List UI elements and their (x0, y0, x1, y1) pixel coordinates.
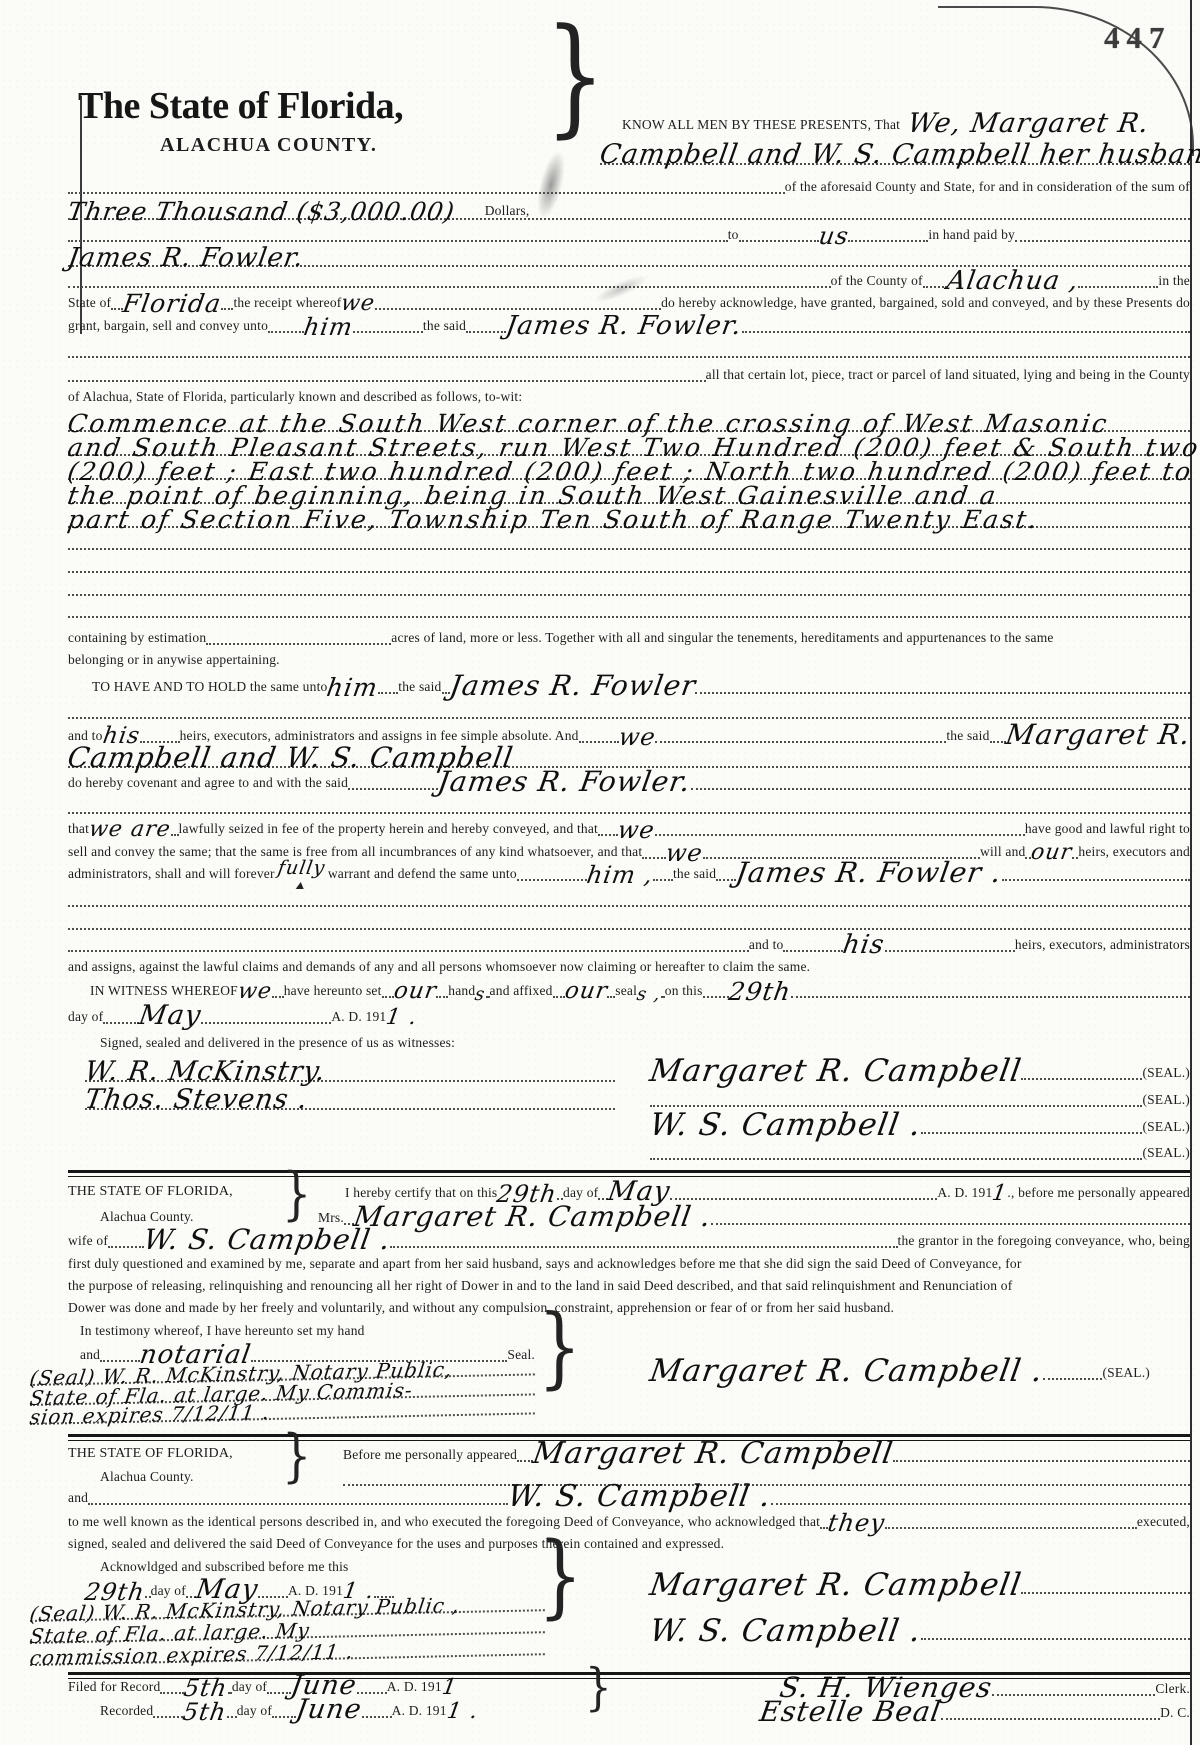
printed-text: Signed, sealed and delivered in the pres… (100, 1036, 455, 1050)
printed-text: A. D. 191 (392, 1704, 447, 1718)
dotted-fill-line (153, 1714, 183, 1718)
blank-rule (68, 790, 1190, 814)
recorded-line: Recorded5thday ofJuneA. D. 1911 . (100, 1694, 560, 1718)
handwritten-text: W. S. Campbell . (648, 1618, 923, 1644)
claims-line: and assigns, against the lawful claims a… (68, 950, 1190, 974)
handwritten-text: June (294, 1699, 363, 1722)
dotted-fill-line (921, 1130, 1142, 1134)
description-line-1: Commence at the South West corner of the… (68, 406, 1190, 432)
amount-line: Three Thousand ($3,000.00)Dollars, (68, 194, 1190, 220)
handwritten-text: May (138, 1005, 204, 1028)
printed-text: Dower was done and made by her freely an… (68, 1301, 894, 1315)
ack1-wife-of-line: wife ofW. S. Campbell .the grantor in th… (68, 1224, 1190, 1248)
printed-text: State of (68, 296, 111, 310)
handwritten-text: Campbell and W. S. Campbell her husband' (598, 144, 1200, 167)
to-wit-line: of Alachua, State of Florida, particular… (68, 380, 1190, 404)
dotted-fill-line (378, 690, 398, 694)
page-edge-line (1190, 0, 1192, 1745)
brace: } (282, 1164, 311, 1222)
habendum-line: TO HAVE AND TO HOLD the same untohimthe … (92, 670, 1190, 694)
dotted-fill-line (362, 1714, 392, 1718)
dotted-fill-line (272, 1714, 296, 1718)
and-to-his-heirs-line: and tohisheirs, executors, administrator… (68, 928, 1190, 952)
ack1-heading-brace: } (282, 1186, 1190, 1210)
dotted-fill-line (201, 1020, 331, 1024)
handwritten-text: our (563, 982, 609, 1002)
printed-text: grant, bargain, sell and convey unto (68, 319, 268, 333)
handwritten-text: Thos. Stevens . (83, 1089, 309, 1112)
blank-rule (68, 695, 1190, 719)
seized-line: thatwe arelawfully seized in fee of the … (68, 812, 1190, 836)
printed-text: and assigns, against the lawful claims a… (68, 960, 810, 974)
dotted-fill-line (742, 329, 1190, 333)
witnesses-caption-line: Signed, sealed and delivered in the pres… (100, 1026, 1190, 1050)
dotted-fill-line (1021, 1076, 1142, 1080)
ack2-body-line-2: signed, sealed and delivered the said De… (68, 1527, 1190, 1551)
grantor-signature-2: W. S. Campbell .(SEAL.) (650, 1110, 1190, 1134)
printed-text: (SEAL.) (1142, 1120, 1190, 1134)
printed-text: lawfully seized in fee of the property h… (179, 822, 598, 836)
dotted-fill-line (227, 1714, 237, 1718)
printed-text: THE STATE OF FLORIDA, (68, 1185, 233, 1200)
printed-text: belonging or in anywise appertaining. (68, 653, 280, 667)
handwritten-text: him , (585, 865, 654, 885)
blank-rule (68, 594, 1190, 618)
dotted-fill-line (695, 690, 1190, 694)
handwritten-text: W. S. Campbell . (648, 1112, 923, 1138)
printed-text: D. C. (1160, 1706, 1190, 1720)
printed-text: wife of (68, 1234, 108, 1248)
handwritten-text: 5th (182, 1702, 229, 1722)
printed-text: A. D. 191 (331, 1010, 386, 1024)
printed-text: the grantor in the foregoing conveyance,… (898, 1234, 1190, 1248)
handwritten-text: W. R. McKinstry. (83, 1061, 327, 1084)
printed-text: the said (946, 729, 989, 743)
dotted-fill-line (268, 329, 304, 333)
printed-text: KNOW ALL MEN BY THESE PRESENTS, That (622, 118, 900, 132)
dotted-fill-line (466, 329, 506, 333)
dotted-fill-line (791, 994, 1191, 998)
header-brace: } (545, 84, 1190, 108)
ack2-heading-brace: } (282, 1448, 1190, 1472)
dotted-fill-line (1002, 877, 1190, 881)
dotted-fill-line (103, 1020, 139, 1024)
belonging-line: belonging or in anywise appertaining. (68, 643, 1190, 667)
ack1-county-heading: Alachua County. (100, 1200, 290, 1224)
dotted-fill-line (553, 994, 565, 998)
witness-signature-2: Thos. Stevens . (85, 1084, 615, 1110)
deed-document-page: 447 The State of Florida, ALACHUA COUNTY… (0, 0, 1200, 1745)
dotted-fill-line (272, 994, 284, 998)
situated-line: all that certain lot, piece, tract or pa… (68, 358, 1190, 382)
printed-text: In testimony whereof, I have hereunto se… (80, 1324, 365, 1338)
spacer (700, 1719, 760, 1720)
covenant-line: do hereby covenant and agree to and with… (68, 766, 1190, 790)
day-of-line: day ofMayA. D. 1911 . (68, 1000, 560, 1024)
brace: } (282, 1426, 311, 1484)
grantor-names-line: Campbell and W. S. Campbell her husband' (600, 139, 1190, 165)
brace: } (538, 1304, 581, 1392)
printed-text: have good and lawful right to (1025, 822, 1190, 836)
witness-signature-1: W. R. McKinstry. (85, 1056, 615, 1082)
containing-line: containing by estimationacres of land, m… (68, 621, 1190, 645)
dotted-fill-line (517, 877, 587, 881)
blank-rule (68, 572, 1190, 596)
printed-text: warrant and defend the same unto (328, 867, 517, 881)
printed-text: of the aforesaid County and State, for a… (785, 180, 1190, 194)
page-number: 447 (1104, 20, 1172, 56)
printed-text: the said (423, 319, 466, 333)
grantor-signature-1: Margaret R. Campbell(SEAL.) (650, 1056, 1190, 1080)
handwritten-text: James R. Fowler . (734, 861, 1003, 885)
ack2-signature-2: W. S. Campbell . (650, 1616, 1190, 1640)
printed-text: hand (448, 984, 475, 998)
printed-text: administrators, shall and will forever (68, 867, 275, 881)
paid-to-line: tousin hand paid by (68, 218, 1190, 242)
state-receipt-line: State ofFloridathe receipt whereofwedo h… (68, 286, 1190, 310)
stamp-handwriting: commission expires 7/12/11 . (29, 1643, 355, 1667)
brace: } (545, 13, 605, 141)
printed-text: that (68, 822, 89, 836)
description-line-2: and South Pleasant Streets, run West Two… (68, 430, 1190, 456)
printed-text: TO HAVE AND TO HOLD the same unto (92, 680, 327, 694)
handwritten-text: s , (636, 987, 662, 1002)
printed-text: signed, sealed and delivered the said De… (68, 1537, 724, 1551)
dotted-fill-line (607, 994, 615, 998)
witness-whereof-line: IN WITNESS WHEREOFwehave hereunto setour… (90, 974, 1190, 998)
dotted-fill-line (703, 994, 729, 998)
printed-text: the receipt whereof (233, 296, 341, 310)
printed-text: on this (665, 984, 703, 998)
stamp-handwriting: sion expires 7/12/11 . (29, 1404, 271, 1426)
blank-rule (68, 526, 1190, 550)
printed-text: day of (232, 1680, 267, 1694)
printed-text: Filed for Record (68, 1680, 160, 1694)
seal-blank-line: (SEAL.) (650, 1083, 1190, 1107)
printed-text: day of (237, 1704, 272, 1718)
seal-blank-line: (SEAL.) (650, 1136, 1190, 1160)
county-of-line: of the County ofAlachua ,in the (68, 264, 1190, 288)
printed-text: have hereunto set (284, 984, 382, 998)
printed-text: seal (615, 984, 637, 998)
presents-clause-line: KNOW ALL MEN BY THESE PRESENTS, ThatWe, … (622, 108, 1190, 132)
printed-text: A. D. 191 (387, 1680, 442, 1694)
printed-text: (SEAL.) (1142, 1066, 1190, 1080)
ack2-state-heading: THE STATE OF FLORIDA, (68, 1438, 290, 1462)
warrant-line: administrators, shall and will foreverfu… (68, 857, 1190, 881)
filed-for-record-line: Filed for Record5thday ofJuneA. D. 1911 (68, 1670, 560, 1694)
dotted-fill-line (941, 1716, 1160, 1720)
printed-text: Acknowldged and subscribed before me thi… (100, 1560, 349, 1574)
printed-text: in hand paid by (928, 228, 1015, 242)
dotted-fill-line (1043, 1376, 1102, 1380)
printed-text: and affixed (490, 984, 553, 998)
brace: } (585, 1662, 612, 1712)
incumbrances-line: sell and convey the same; that the same … (68, 835, 1190, 859)
dotted-fill-line (436, 994, 448, 998)
dotted-fill-line (921, 1636, 1190, 1640)
dotted-fill-line (68, 614, 1190, 618)
printed-text: the said (398, 680, 441, 694)
ack2-stamp-brace: } (538, 1576, 1190, 1600)
ack2-and-line: andW. S. Campbell . (68, 1481, 1190, 1505)
blank-rule (68, 906, 1190, 930)
printed-text: do hereby acknowledge, have granted, bar… (661, 296, 1190, 310)
ack1-testimony-line: In testimony whereof, I have hereunto se… (80, 1314, 545, 1338)
ack1-body-line-3: Dower was done and made by her freely an… (68, 1291, 1190, 1315)
consideration-intro-line: of the aforesaid County and State, for a… (68, 170, 1190, 194)
handwritten-text: We, Margaret R. (906, 113, 1151, 136)
dotted-fill-line (353, 329, 423, 333)
handwritten-text: 1 . (445, 1703, 479, 1722)
printed-text: (SEAL.) (1142, 1093, 1190, 1107)
document-title: The State of Florida, (78, 84, 403, 128)
description-line-3: (200) feet ; East two hundred (200) feet… (68, 454, 1190, 480)
dotted-fill-line (382, 994, 394, 998)
printed-text: Recorded (100, 1704, 153, 1718)
blank-rule (68, 883, 1190, 907)
ack2-acknowledged-line: Acknowldged and subscribed before me thi… (100, 1550, 545, 1574)
blank-rule (68, 549, 1190, 573)
dotted-fill-line (653, 877, 673, 881)
printed-text: to (728, 228, 739, 242)
printed-text: Alachua County. (100, 1210, 194, 1224)
printed-text: do hereby covenant and agree to and with… (68, 776, 348, 790)
printed-text: IN WITNESS WHEREOF (90, 984, 238, 998)
handwritten-text: 29th (727, 981, 792, 1002)
blank-rule (68, 334, 1190, 358)
printed-text: and (68, 1491, 88, 1505)
ack1-state-heading: THE STATE OF FLORIDA, (68, 1176, 290, 1200)
ack1-body-line-2: the purpose of releasing, relinquishing … (68, 1269, 1190, 1293)
document-county: ALACHUA COUNTY. (160, 134, 377, 157)
dotted-fill-line (650, 1156, 1142, 1160)
printed-text: (SEAL.) (1142, 1146, 1190, 1160)
brace: } (538, 1530, 583, 1621)
description-line-4: the point of beginning, being in South W… (68, 478, 1190, 504)
ack1-stamp-brace: } (538, 1348, 1190, 1372)
heirs-line: and tohisheirs, executors, administrator… (68, 719, 1190, 743)
inserted-word: fully (276, 860, 326, 876)
convey-unto-line: grant, bargain, sell and convey untohimt… (68, 309, 1190, 333)
description-line-5: part of Section Five, Township Ten South… (68, 502, 1190, 528)
printed-text: day of (68, 1010, 103, 1024)
printed-text: the said (673, 867, 716, 881)
ack1-body-line-1: first duly questioned and examined by me… (68, 1247, 1190, 1271)
dotted-fill-line (716, 877, 736, 881)
printed-text: of Alachua, State of Florida, particular… (68, 390, 522, 404)
handwritten-text: Margaret R. Campbell (648, 1058, 1024, 1084)
printed-text: Dollars, (485, 204, 530, 218)
filing-brace: } (585, 1680, 1190, 1704)
ack2-body-line-1: to me well known as the identical person… (68, 1505, 1190, 1529)
